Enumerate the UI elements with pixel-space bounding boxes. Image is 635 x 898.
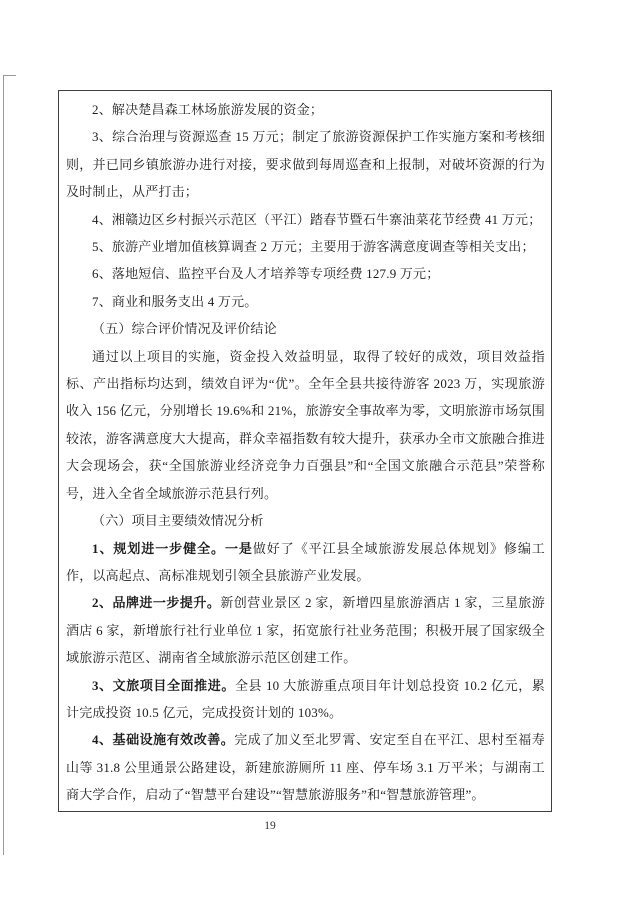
paragraph-bold-lead: 3、文旅项目全面推进。	[92, 678, 235, 693]
paragraph: 5、惠民富民有效果。一是培育开发果蔬采摘、徒步露营、休闲垂钓等乡村旅游产品，	[66, 809, 545, 812]
paragraph: 4、湘赣边区乡村振兴示范区（平江）踏春节暨石牛寨油菜花节经费 41 万元；	[66, 206, 545, 233]
paragraph: 4、基础设施有效改善。完成了加义至北罗霄、安定至自在平江、思村至福寿山等 31.…	[66, 726, 545, 808]
paragraph: 3、文旅项目全面推进。全县 10 大旅游重点项目年计划总投资 10.2 亿元，累…	[66, 672, 545, 727]
paragraph: 6、落地短信、监控平台及人才培养等专项经费 127.9 万元；	[66, 260, 545, 287]
paragraph: 2、品牌进一步提升。新创营业景区 2 家，新增四星旅游酒店 1 家，三星旅游酒店…	[66, 589, 545, 671]
document-page: 2、解决楚昌森工林场旅游发展的资金；3、综合治理与资源巡查 15 万元；制定了旅…	[0, 0, 635, 898]
paragraph: 1、规划进一步健全。一是做好了《平江县全域旅游发展总体规划》修编工作，以高起点、…	[66, 535, 545, 590]
paragraph: （五）综合评价情况及评价结论	[66, 315, 545, 342]
paragraph: 2、解决楚昌森工林场旅游发展的资金；	[66, 96, 545, 123]
paragraph: 3、综合治理与资源巡查 15 万元；制定了旅游资源保护工作实施方案和考核细则，并…	[66, 123, 545, 205]
page-number: 19	[0, 820, 540, 832]
paragraph-bold-lead: 1、规划进一步健全。一是	[92, 541, 253, 556]
report-table-cell: 2、解决楚昌森工林场旅游发展的资金；3、综合治理与资源巡查 15 万元；制定了旅…	[58, 90, 552, 812]
table-outer-left-border	[3, 75, 4, 855]
paragraph-bold-lead: 4、基础设施有效改善。	[92, 732, 234, 747]
paragraph: 5、旅游产业增加值核算调查 2 万元；主要用于游客满意度调查等相关支出；	[66, 233, 545, 260]
paragraph: 7、商业和服务支出 4 万元。	[66, 288, 545, 315]
paragraph-bold-lead: 2、品牌进一步提升。	[92, 595, 220, 610]
paragraph: （六）项目主要绩效情况分析	[66, 507, 545, 534]
document-body: 2、解决楚昌森工林场旅游发展的资金；3、综合治理与资源巡查 15 万元；制定了旅…	[66, 96, 545, 812]
paragraph: 通过以上项目的实施，资金投入效益明显，取得了较好的成效，项目效益指标、产出指标均…	[66, 343, 545, 507]
table-outer-top-border-remnant	[3, 75, 16, 76]
